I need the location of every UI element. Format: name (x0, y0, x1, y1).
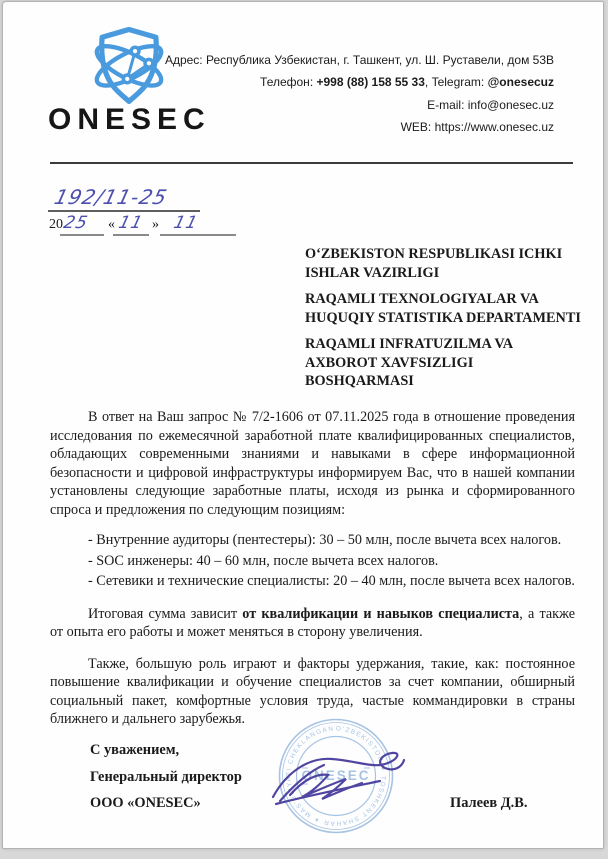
year-underline (60, 234, 104, 236)
signoff-company: ООО «ONESEC» (90, 795, 201, 812)
close-quote: » (152, 217, 159, 233)
p2-text-1: Итоговая сумма зависит (88, 606, 242, 622)
contact-block: Адрес: Республика Узбекистан, г. Ташкент… (114, 49, 554, 139)
day-underline (113, 234, 149, 236)
ref-number-underline (48, 210, 200, 212)
recipient-line-2: RAQAMLI TEXNOLOGIYALAR VA HUQUQIY STATIS… (305, 290, 581, 327)
p2-bold: от квалификации и навыков специалиста (242, 606, 519, 622)
letter-body: В ответ на Ваш запрос № 7/2-1606 от 07.1… (50, 408, 575, 729)
signoff-title: Генеральный директор (90, 769, 242, 786)
phone-label: Телефон: (260, 75, 316, 89)
handwritten-day: 11 (117, 213, 146, 233)
handwritten-month: 11 (172, 213, 201, 233)
scanned-letter-screenshot: { "header": { "logo_text": "ONESEC", "co… (0, 0, 608, 859)
month-underline (160, 234, 236, 236)
web-line: WEB: https://www.onesec.uz (114, 116, 554, 138)
letter-page: ONESEC Адрес: Республика Узбекистан, г. … (2, 1, 604, 849)
salary-item-network: - Сетевики и технические специалисты: 20… (88, 572, 575, 591)
phone-number: +998 (88) 158 55 33 (316, 75, 424, 89)
telegram-handle: @onesecuz (488, 75, 554, 89)
open-quote: « (108, 217, 115, 233)
header-divider (50, 162, 573, 164)
paragraph-intro: В ответ на Ваш запрос № 7/2-1606 от 07.1… (50, 408, 575, 519)
recipient-block: O‘ZBEKISTON RESPUBLIKASI ICHKI ISHLAR VA… (305, 245, 581, 399)
handwritten-year: 25 (62, 213, 91, 233)
recipient-line-3: RAQAMLI INFRATUZILMA VA AXBOROT XAVFSIZL… (305, 335, 581, 391)
salary-list: - Внутренние аудиторы (пентестеры): 30 –… (50, 531, 575, 591)
address-line: Адрес: Республика Узбекистан, г. Ташкент… (114, 49, 554, 71)
phone-line: Телефон: +998 (88) 158 55 33, Telegram: … (114, 71, 554, 93)
salary-item-soc: - SOC инженеры: 40 – 60 млн, после вычет… (88, 552, 575, 571)
telegram-label: , Telegram: (425, 75, 488, 89)
director-signature (266, 745, 408, 811)
email-line: E-mail: info@onesec.uz (114, 94, 554, 116)
handwritten-ref-number: 192/11-25 (52, 185, 170, 209)
paragraph-total: Итоговая сумма зависит от квалификации и… (50, 605, 575, 642)
director-name: Палеев Д.В. (450, 795, 527, 812)
signoff-regards: С уважением, (90, 742, 179, 759)
salary-item-pentesters: - Внутренние аудиторы (пентестеры): 30 –… (88, 531, 575, 550)
recipient-line-1: O‘ZBEKISTON RESPUBLIKASI ICHKI ISHLAR VA… (305, 245, 581, 282)
